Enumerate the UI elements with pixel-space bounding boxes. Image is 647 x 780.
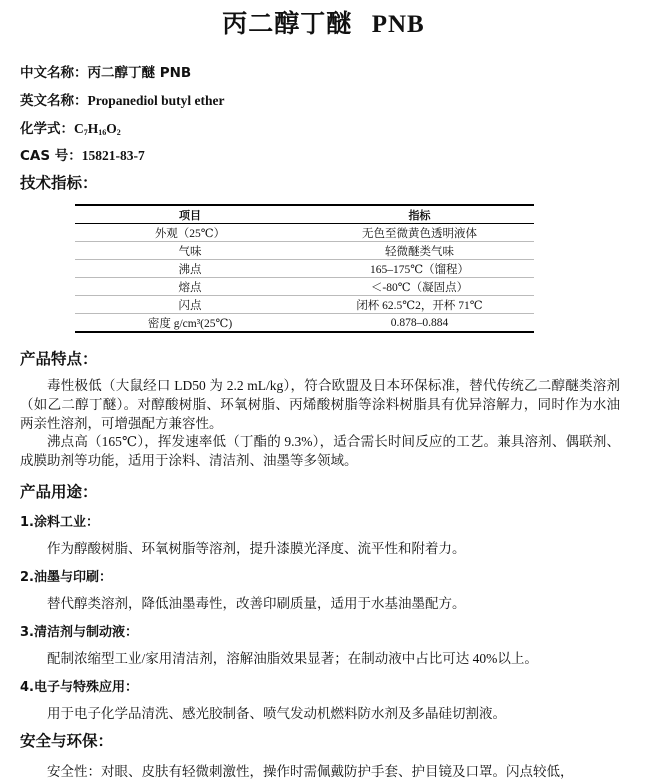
table-header: 项目 <box>75 205 305 224</box>
features-body: 毒性极低（大鼠经口 LD50 为 2.2 mL/kg），符合欧盟及日本环保标准，… <box>20 377 620 471</box>
field-label: 化学式： <box>20 121 74 137</box>
table-header-row: 项目 指标 <box>75 205 534 224</box>
table-cell: 气味 <box>75 242 305 260</box>
table-cell: 165–175℃（馏程） <box>305 260 534 278</box>
safety-text: 安全性：对眼、皮肤有轻微刺激性，操作时需佩戴防护手套、护目镜及口罩。闪点较低， <box>47 760 574 780</box>
use-text: 配制浓缩型工业/家用清洁剂，溶解油脂效果显著；在制动液中占比可达 40%以上。 <box>47 647 538 667</box>
table-cell: 外观（25℃） <box>75 224 305 242</box>
field-formula: 化学式：C7H16O2 <box>20 117 121 137</box>
formula-value: C7H16O2 <box>74 121 121 136</box>
field-value: Propanediol butyl ether <box>88 93 225 108</box>
spec-table: 项目 指标 外观（25℃）无色至微黄色透明液体 气味轻微醚类气味 沸点165–1… <box>75 204 534 333</box>
heading-safety: 安全与环保： <box>20 729 113 751</box>
table-row: 沸点165–175℃（馏程） <box>75 260 534 278</box>
field-label: CAS 号： <box>20 148 82 164</box>
table-cell: 密度 g/cm³(25℃) <box>75 314 305 333</box>
use-title: 4.电子与特殊应用： <box>20 676 138 695</box>
features-paragraph: 毒性极低（大鼠经口 LD50 为 2.2 mL/kg），符合欧盟及日本环保标准，… <box>20 377 620 433</box>
field-value: 15821-83-7 <box>82 148 145 163</box>
table-row: 密度 g/cm³(25℃)0.878–0.884 <box>75 314 534 333</box>
field-label: 英文名称： <box>20 93 88 109</box>
heading-features: 产品特点： <box>20 347 98 369</box>
use-text: 用于电子化学品清洗、感光胶制备、喷气发动机燃料防水剂及多晶硅切割液。 <box>47 702 506 722</box>
use-text: 作为醇酸树脂、环氧树脂等溶剂，提升漆膜光泽度、流平性和附着力。 <box>47 537 466 557</box>
table-cell: 熔点 <box>75 278 305 296</box>
title-cn: 丙二醇丁醚 <box>222 9 352 38</box>
heading-spec: 技术指标： <box>20 171 98 193</box>
table-cell: 轻微醚类气味 <box>305 242 534 260</box>
table-row: 外观（25℃）无色至微黄色透明液体 <box>75 224 534 242</box>
use-title: 2.油墨与印刷： <box>20 566 112 585</box>
use-title: 3.清洁剂与制动液： <box>20 621 138 640</box>
field-label: 中文名称： <box>20 65 88 81</box>
table-row: 闪点闭杯 62.5℃2，开杯 71℃ <box>75 296 534 314</box>
field-value: 丙二醇丁醚 PNB <box>88 65 192 81</box>
table-cell: 闭杯 62.5℃2，开杯 71℃ <box>305 296 534 314</box>
table-cell: 闪点 <box>75 296 305 314</box>
field-en-name: 英文名称：Propanediol butyl ether <box>20 89 225 109</box>
title-en: PNB <box>372 11 425 38</box>
field-cn-name: 中文名称：丙二醇丁醚 PNB <box>20 61 191 81</box>
table-cell: 沸点 <box>75 260 305 278</box>
heading-uses: 产品用途： <box>20 480 98 502</box>
page-title: 丙二醇丁醚 PNB <box>0 4 647 40</box>
table-cell: ＜-80℃（凝固点） <box>305 278 534 296</box>
table-cell: 0.878–0.884 <box>305 314 534 333</box>
table-row: 气味轻微醚类气味 <box>75 242 534 260</box>
field-cas: CAS 号：15821-83-7 <box>20 144 145 164</box>
use-title: 1.涂料工业： <box>20 511 99 530</box>
use-text: 替代醇类溶剂，降低油墨毒性，改善印刷质量，适用于水基油墨配方。 <box>47 592 466 612</box>
features-paragraph: 沸点高（165℃），挥发速率低（丁酯的 9.3%），适合需长时间反应的工艺。兼具… <box>20 433 620 471</box>
table-cell: 无色至微黄色透明液体 <box>305 224 534 242</box>
table-row: 熔点＜-80℃（凝固点） <box>75 278 534 296</box>
table-header: 指标 <box>305 205 534 224</box>
